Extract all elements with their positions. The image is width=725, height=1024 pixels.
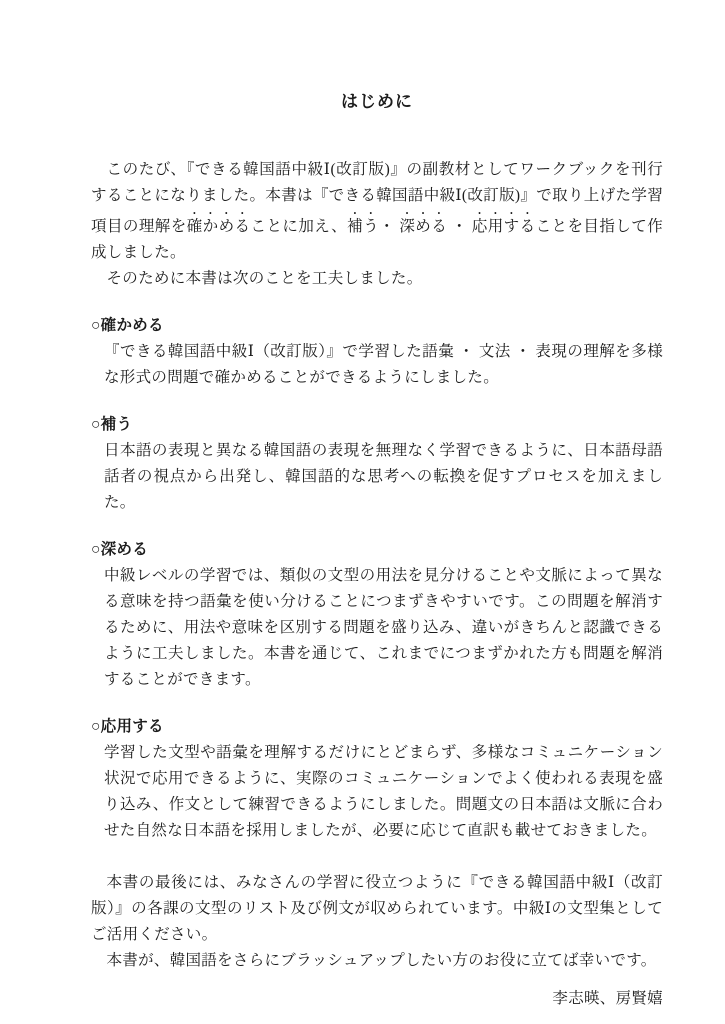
section-body-supplement: 日本語の表現と異なる韓国語の表現を無理なく学習できるように、日本語母語話者の視点…: [104, 438, 663, 516]
section-heading-supplement: ○補う: [91, 412, 663, 438]
section-heading-confirm: ○確かめる: [91, 313, 663, 339]
intro-paragraph-1: このたび、『できる韓国語中級Ⅰ(改訂版)』の副教材としてワークブックを刊行するこ…: [91, 157, 663, 266]
section-kakumeru: ○確かめる 『できる韓国語中級Ⅰ（改訂版）』で学習した語彙 ・ 文法 ・ 表現の…: [91, 313, 663, 391]
plain-text: ・: [447, 218, 472, 235]
emphasized-text: 応用する: [472, 218, 536, 235]
emphasized-text: 確かめる: [187, 218, 251, 235]
closing-paragraph-2: 本書が、韓国語をさらにブラッシュアップしたい方のお役に立てば幸いです。: [91, 948, 663, 974]
emphasized-text: 補う: [347, 218, 379, 235]
section-fukameru: ○深める 中級レベルの学習では、類似の文型の用法を見分けることや文脈によって異な…: [91, 537, 663, 693]
section-oyosuru: ○応用する 学習した文型や語彙を理解するだけにとどまらず、多様なコミュニケーショ…: [91, 714, 663, 844]
section-body-apply: 学習した文型や語彙を理解するだけにとどまらず、多様なコミュニケーション状況で応用…: [104, 740, 663, 844]
closing-paragraph-1: 本書の最後には、みなさんの学習に役立つように『できる韓国語中級Ⅰ（改訂版）』の各…: [91, 870, 663, 948]
section-body-deepen: 中級レベルの学習では、類似の文型の用法を見分けることや文脈によって異なる意味を持…: [104, 563, 663, 693]
authors-signature: 李志暎、房賢嬉: [91, 986, 663, 1012]
plain-text: ことに加え、: [251, 218, 348, 235]
plain-text: ・: [379, 218, 399, 235]
page-content: はじめに このたび、『できる韓国語中級Ⅰ(改訂版)』の副教材としてワークブックを…: [91, 0, 663, 1012]
document-page: はじめに このたび、『できる韓国語中級Ⅰ(改訂版)』の副教材としてワークブックを…: [0, 0, 725, 1024]
page-title: はじめに: [91, 89, 663, 115]
section-heading-deepen: ○深める: [91, 537, 663, 563]
section-heading-apply: ○応用する: [91, 714, 663, 740]
section-oginau: ○補う 日本語の表現と異なる韓国語の表現を無理なく学習できるように、日本語母語話…: [91, 412, 663, 516]
intro-paragraph-2: そのために本書は次のことを工夫しました。: [91, 266, 663, 292]
section-body-confirm: 『できる韓国語中級Ⅰ（改訂版）』で学習した語彙 ・ 文法 ・ 表現の理解を多様な…: [104, 339, 663, 391]
emphasized-text: 深める: [399, 218, 447, 235]
